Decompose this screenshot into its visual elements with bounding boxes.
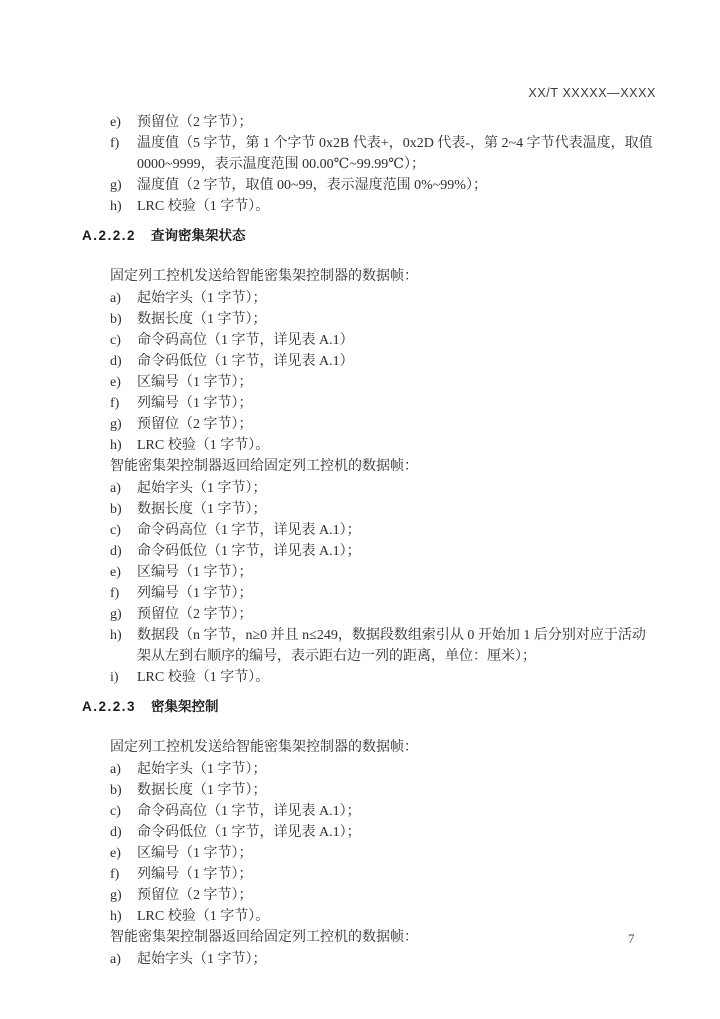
- list-item-text: 区编号（1 字节）；: [137, 562, 658, 583]
- section-title: 查询密集架状态: [151, 228, 246, 243]
- list-item: f)列编号（1 字节）；: [110, 583, 658, 604]
- list-item: e)区编号（1 字节）；: [110, 562, 658, 583]
- list-item: c)命令码高位（1 字节，详见表 A.1）；: [110, 801, 658, 822]
- list-item: e)区编号（1 字节）；: [110, 372, 658, 393]
- list-item: a)起始字头（1 字节）；: [110, 949, 658, 970]
- list-item-label: c): [110, 330, 137, 351]
- page-number: 7: [628, 931, 635, 947]
- list-item-label: a): [110, 288, 137, 309]
- list-item: c)命令码高位（1 字节，详见表 A.1）；: [110, 520, 658, 541]
- list-item-label: i): [110, 667, 137, 688]
- list-item-label: g): [110, 604, 137, 625]
- list-item-label: b): [110, 499, 137, 520]
- list-item: d)命令码低位（1 字节，详见表 A.1）；: [110, 541, 658, 562]
- section-number: A.2.2.2: [82, 228, 136, 243]
- list-item-label: f): [110, 583, 137, 604]
- section-title: 密集架控制: [151, 699, 219, 714]
- list-item-text: 命令码低位（1 字节，详见表 A.1）；: [137, 822, 658, 843]
- list-item: b)数据长度（1 字节）；: [110, 499, 658, 520]
- list-item-label: h): [110, 435, 137, 456]
- list-item-label: c): [110, 801, 137, 822]
- list-item: e)区编号（1 字节）；: [110, 843, 658, 864]
- list-item-text: 命令码高位（1 字节，详见表 A.1）；: [137, 520, 658, 541]
- list-item-text: 预留位（2 字节）；: [137, 112, 658, 133]
- list-item: g)湿度值（2 字节，取值 00~99，表示湿度范围 0%~99%）；: [110, 175, 658, 196]
- list-item: d)命令码低位（1 字节，详见表 A.1）: [110, 351, 658, 372]
- list-item-text: 列编号（1 字节）；: [137, 393, 658, 414]
- list-item: e)预留位（2 字节）；: [110, 112, 658, 133]
- list-item-label: c): [110, 520, 137, 541]
- list-item: i)LRC 校验（1 字节）。: [110, 667, 658, 688]
- list-item-label: g): [110, 885, 137, 906]
- list-item: f)温度值（5 字节，第 1 个字节 0x2B 代表+，0x2D 代表-，第 2…: [110, 133, 658, 175]
- list-item-label: b): [110, 780, 137, 801]
- list-item: b)数据长度（1 字节）；: [110, 309, 658, 330]
- document-page: XX/T XXXXX—XXXX e)预留位（2 字节）；f)温度值（5 字节，第…: [0, 0, 720, 1019]
- section-heading: A.2.2.3密集架控制: [82, 698, 658, 716]
- list-item-text: 命令码低位（1 字节，详见表 A.1）；: [137, 541, 658, 562]
- list-item: g)预留位（2 字节）；: [110, 414, 658, 435]
- list-item: a)起始字头（1 字节）；: [110, 478, 658, 499]
- list-item-text: 列编号（1 字节）；: [137, 583, 658, 604]
- list-item-label: h): [110, 625, 137, 646]
- list-item-text: 命令码高位（1 字节，详见表 A.1）；: [137, 801, 658, 822]
- list-item-text: 起始字头（1 字节）；: [137, 759, 658, 780]
- list-item-text: 温度值（5 字节，第 1 个字节 0x2B 代表+，0x2D 代表-，第 2~4…: [137, 133, 658, 175]
- list-item-text: 数据长度（1 字节）；: [137, 780, 658, 801]
- list-item-label: e): [110, 843, 137, 864]
- list-item-label: f): [110, 864, 137, 885]
- list-item-text: 命令码高位（1 字节，详见表 A.1）: [137, 330, 658, 351]
- paragraph: 智能密集架控制器返回给固定列工控机的数据帧：: [110, 456, 658, 477]
- list-item-label: g): [110, 414, 137, 435]
- list-item-text: LRC 校验（1 字节）。: [137, 667, 658, 688]
- list-item-label: d): [110, 822, 137, 843]
- list-item-text: LRC 校验（1 字节）。: [137, 906, 658, 927]
- list-item: g)预留位（2 字节）；: [110, 885, 658, 906]
- list-item: b)数据长度（1 字节）；: [110, 780, 658, 801]
- list-item-label: f): [110, 393, 137, 414]
- list-item-text: LRC 校验（1 字节）。: [137, 196, 658, 217]
- document-body: e)预留位（2 字节）；f)温度值（5 字节，第 1 个字节 0x2B 代表+，…: [110, 112, 658, 970]
- list-item: a)起始字头（1 字节）；: [110, 288, 658, 309]
- list-item-text: LRC 校验（1 字节）。: [137, 435, 658, 456]
- list-item-text: 命令码低位（1 字节，详见表 A.1）: [137, 351, 658, 372]
- list-item: h)数据段（n 字节，n≥0 并且 n≤249，数据段数组索引从 0 开始加 1…: [110, 625, 658, 667]
- list-item-label: g): [110, 175, 137, 196]
- paragraph: 智能密集架控制器返回给固定列工控机的数据帧：: [110, 927, 658, 948]
- list-item: h)LRC 校验（1 字节）。: [110, 435, 658, 456]
- list-item-text: 起始字头（1 字节）；: [137, 949, 658, 970]
- list-item-text: 起始字头（1 字节）；: [137, 288, 658, 309]
- list-item-label: e): [110, 562, 137, 583]
- list-item: c)命令码高位（1 字节，详见表 A.1）: [110, 330, 658, 351]
- list-item-label: d): [110, 351, 137, 372]
- list-item-label: e): [110, 372, 137, 393]
- paragraph: 固定列工控机发送给智能密集架控制器的数据帧：: [110, 266, 658, 287]
- list-item: a)起始字头（1 字节）；: [110, 759, 658, 780]
- list-item-text: 预留位（2 字节）；: [137, 604, 658, 625]
- section-number: A.2.2.3: [82, 699, 136, 714]
- list-item: d)命令码低位（1 字节，详见表 A.1）；: [110, 822, 658, 843]
- list-item-text: 数据长度（1 字节）；: [137, 309, 658, 330]
- list-item-label: a): [110, 759, 137, 780]
- list-item-text: 数据段（n 字节，n≥0 并且 n≤249，数据段数组索引从 0 开始加 1 后…: [137, 625, 658, 667]
- list-item-label: d): [110, 541, 137, 562]
- list-item-label: b): [110, 309, 137, 330]
- list-item-label: h): [110, 906, 137, 927]
- list-item-label: a): [110, 478, 137, 499]
- list-item-text: 区编号（1 字节）；: [137, 372, 658, 393]
- section-heading: A.2.2.2查询密集架状态: [82, 227, 658, 245]
- list-item: h)LRC 校验（1 字节）。: [110, 906, 658, 927]
- list-item-text: 列编号（1 字节）；: [137, 864, 658, 885]
- list-item-text: 区编号（1 字节）；: [137, 843, 658, 864]
- list-item-text: 预留位（2 字节）；: [137, 414, 658, 435]
- list-item-text: 湿度值（2 字节，取值 00~99，表示湿度范围 0%~99%）；: [137, 175, 658, 196]
- list-item: g)预留位（2 字节）；: [110, 604, 658, 625]
- paragraph: 固定列工控机发送给智能密集架控制器的数据帧：: [110, 737, 658, 758]
- list-item-text: 数据长度（1 字节）；: [137, 499, 658, 520]
- list-item-text: 起始字头（1 字节）；: [137, 478, 658, 499]
- list-item: h)LRC 校验（1 字节）。: [110, 196, 658, 217]
- list-item-label: h): [110, 196, 137, 217]
- list-item-text: 预留位（2 字节）；: [137, 885, 658, 906]
- list-item-label: e): [110, 112, 137, 133]
- list-item: f)列编号（1 字节）；: [110, 393, 658, 414]
- standard-code-header: XX/T XXXXX—XXXX: [528, 86, 656, 100]
- list-item-label: a): [110, 949, 137, 970]
- list-item: f)列编号（1 字节）；: [110, 864, 658, 885]
- list-item-label: f): [110, 133, 137, 154]
